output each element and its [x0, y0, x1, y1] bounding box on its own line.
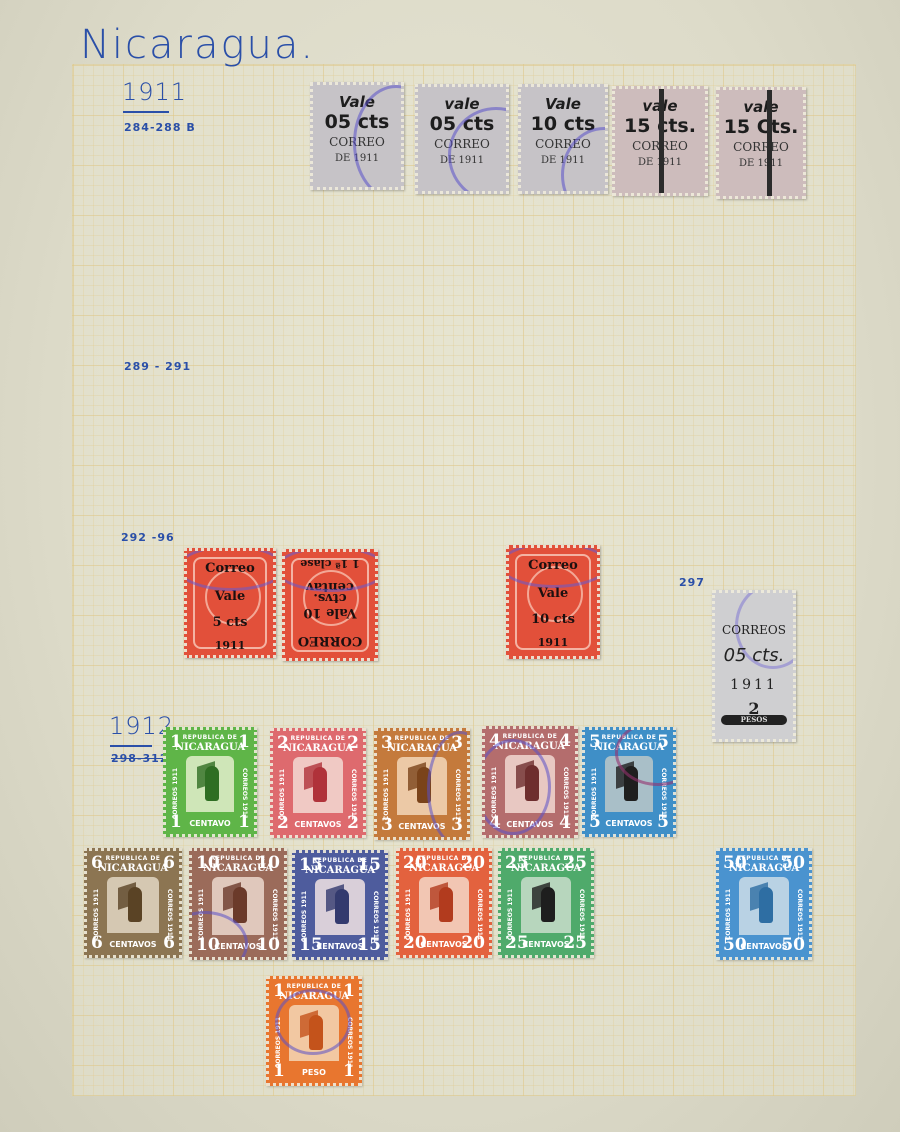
stamp-correo-vale-surcharge[interactable]: Correo Vale 10 cts 1911 [506, 545, 600, 659]
stamp-correo-vale-surcharge[interactable]: CORREO Vale 10 ctvs. centav 1 1ª clase [282, 549, 378, 661]
liberty-figure-icon [128, 887, 142, 922]
stamp-vignette [419, 877, 469, 933]
overprint-line3: 10 cts [509, 612, 597, 627]
liberty-figure-icon [313, 767, 327, 802]
stamp-side-text: CORREOS 1911 [372, 891, 379, 942]
stamp-side-text: CORREOS 1911 [591, 768, 598, 819]
stamp-denomination: 15 [299, 855, 323, 875]
stamp-currency: CENTAVOS [501, 940, 591, 949]
overprint-correo: CORREO [719, 140, 803, 154]
postmark [275, 989, 351, 1055]
overprint-vale: Vale [521, 95, 605, 113]
stamp-denomination: 4 [559, 731, 571, 751]
stamp-side-text: CORREOS 1911 [241, 768, 248, 819]
stamp-denomination: 3 [381, 733, 393, 753]
stamp-denomination: 2 [277, 733, 289, 753]
stamp-denomination: 1 [170, 732, 182, 752]
stamp-denomination: 15 [357, 855, 381, 875]
stamp-denomination: 1 [238, 732, 250, 752]
stamp-denomination: 50 [723, 853, 747, 873]
stamp-liberty-4-centavos[interactable]: REPUBLICA DE NICARAGUA 4 4 4 4 CORREOS 1… [482, 726, 578, 838]
stamp-vignette [315, 879, 365, 935]
catalog-ref-292-96: 292 -96 [121, 531, 175, 544]
liberty-figure-icon [233, 887, 247, 923]
stamp-side-text: CORREOS 1911 [271, 889, 278, 940]
liberty-figure-icon [759, 887, 773, 923]
stamp-side-text: CORREOS 1911 [476, 889, 483, 940]
stamp-denomination: 6 [91, 853, 103, 873]
album-page: Nicaragua. 1911 284-288 B 289 - 291 292 … [0, 0, 900, 1132]
stamp-denomination: 20 [461, 853, 485, 873]
stamp-side-text: CORREOS 1911 [279, 769, 286, 820]
overprint-value: 05 cts. [715, 645, 793, 666]
stamp-vale-surcharge[interactable]: vale 05 cts CORREO DE 1911 [415, 84, 509, 194]
stamp-liberty-2-centavos[interactable]: REPUBLICA DE NICARAGUA 2 2 2 2 CORREOS 1… [270, 728, 366, 838]
stamp-denomination: 1 [273, 981, 285, 1001]
stamp-denomination: 10 [256, 853, 280, 873]
section-year-1911: 1911 [122, 78, 187, 106]
liberty-figure-icon [541, 887, 555, 922]
stamp-side-text: CORREOS 1911 [301, 891, 308, 942]
overprint-correos: CORREOS [715, 623, 793, 637]
overprint-line1: CORREO [285, 633, 375, 648]
stamp-side-text: CORREOS 1911 [578, 889, 585, 940]
overprint-value: 15 Cts. [719, 116, 803, 138]
stamp-side-text: CORREOS 1911 [507, 889, 514, 940]
stamp-side-text: CORREOS 1911 [172, 768, 179, 819]
stamp-liberty-25-centavos[interactable]: REPUBLICA DE NICARAGUA 25 25 25 25 CORRE… [498, 848, 594, 958]
stamp-side-text: CORREOS 1911 [562, 767, 569, 818]
catalog-ref-284-288b: 284-288 B [124, 121, 196, 134]
catalog-ref-297: 297 [679, 576, 705, 589]
overprint-vale: vale [719, 98, 803, 116]
liberty-figure-icon [439, 887, 453, 922]
stamp-denomination: 50 [781, 853, 805, 873]
stamp-liberty-50-centavos[interactable]: REPUBLICA DE NICARAGUA 50 50 50 50 CORRE… [716, 848, 812, 960]
stamp-vale-surcharge[interactable]: Vale 05 cts CORREO DE 1911 [310, 82, 404, 190]
catalog-ref-298-312: 298-312 [111, 752, 169, 765]
overprint-line2: Vale [509, 586, 597, 601]
stamp-vignette [293, 757, 343, 813]
stamp-denomination: 1 [343, 981, 355, 1001]
pen-cancel-bar [659, 89, 664, 193]
stamp-liberty-1-centavo[interactable]: REPUBLICA DE NICARAGUA 1 1 1 1 CORREOS 1… [163, 727, 257, 837]
stamp-side-text: CORREOS 1911 [405, 889, 412, 940]
stamp-currency: CENTAVO [166, 819, 254, 828]
overprint-year: DE 1911 [719, 158, 803, 169]
overprint-line2: Vale [187, 589, 273, 604]
stamp-liberty-20-centavos[interactable]: REPUBLICA DE NICARAGUA 20 20 20 20 CORRE… [396, 848, 492, 958]
postmark [282, 549, 378, 592]
overprint-line4: 1911 [509, 636, 597, 649]
stamp-currency: PESO [269, 1068, 359, 1077]
postmark [184, 548, 276, 591]
stamp-denomination: 2 [715, 699, 793, 718]
stamp-denomination: 10 [196, 853, 220, 873]
stamp-side-text: CORREOS 1911 [350, 769, 357, 820]
stamp-denomination: 5 [589, 732, 601, 752]
stamp-side-text: CORREOS 1911 [383, 769, 390, 820]
stamp-currency: CENTAVOS [399, 940, 489, 949]
stamp-liberty-6-centavos[interactable]: REPUBLICA DE NICARAGUA 6 6 6 6 CORREOS 1… [84, 848, 182, 958]
stamp-currency: CENTAVOS [719, 942, 809, 951]
stamp-denomination: 2 [347, 733, 359, 753]
stamp-vignette [186, 756, 234, 812]
stamp-denomination: 6 [163, 853, 175, 873]
page-title: Nicaragua. [80, 22, 315, 68]
stamp-denomination: 25 [505, 853, 529, 873]
stamp-vale-surcharge[interactable]: vale 15 cts. CORREO DE 1911 [612, 86, 708, 196]
stamp-vale-surcharge[interactable]: Vale 10 cts CORREO DE 1911 [518, 84, 608, 194]
stamp-liberty-10-centavos[interactable]: REPUBLICA DE NICARAGUA 10 10 10 10 CORRE… [189, 848, 287, 960]
stamp-currency: CENTAVOS [295, 942, 385, 951]
stamp-side-text: CORREOS 1911 [796, 889, 803, 940]
liberty-figure-icon [205, 766, 219, 801]
stamp-side-text: CORREOS 1911 [166, 889, 173, 940]
stamp-liberty-15-centavos[interactable]: REPUBLICA DE NICARAGUA 15 15 15 15 CORRE… [292, 850, 388, 960]
stamp-denomination: 25 [563, 853, 587, 873]
overprint-year: 1911 [715, 677, 793, 693]
stamp-side-text: CORREOS 1911 [725, 889, 732, 940]
year-underline [123, 111, 169, 113]
pen-cancel-bar [767, 90, 772, 196]
overprint-line4: 1911 [187, 639, 273, 652]
catalog-ref-289-291: 289 - 291 [124, 360, 191, 373]
liberty-figure-icon [335, 889, 349, 924]
stamp-vignette [521, 877, 571, 933]
postmark [506, 545, 600, 588]
stamp-vale-surcharge[interactable]: vale 15 Cts. CORREO DE 1911 [716, 87, 806, 199]
stamp-correo-vale-surcharge[interactable]: Correo Vale 5 cts 1911 [184, 548, 276, 658]
stamp-297-revenue-surcharge[interactable]: CORREOS 05 cts. 1911 PESOS 2 [712, 590, 796, 742]
stamp-currency: CENTAVOS [585, 819, 673, 828]
stamp-liberty-5-centavos[interactable]: REPUBLICA DE NICARAGUA 5 5 5 5 CORREOS 1… [582, 727, 676, 837]
stamp-liberty-1-peso[interactable]: REPUBLICA DE NICARAGUA 1 1 1 1 CORREOS 1… [266, 976, 362, 1086]
overprint-line3: 5 cts [187, 615, 273, 630]
overprint-line2: Vale 10 ctvs. [285, 590, 375, 620]
stamp-side-text: CORREOS 1911 [93, 889, 100, 940]
stamp-vignette [739, 877, 789, 935]
stamp-currency: CENTAVOS [87, 940, 179, 949]
stamp-denomination: 20 [403, 853, 427, 873]
stamp-vignette [107, 877, 159, 933]
year-underline [110, 745, 152, 747]
stamp-liberty-3-centavos[interactable]: REPUBLICA DE NICARAGUA 3 3 3 3 CORREOS 1… [374, 728, 470, 840]
stamp-currency: CENTAVOS [273, 820, 363, 829]
